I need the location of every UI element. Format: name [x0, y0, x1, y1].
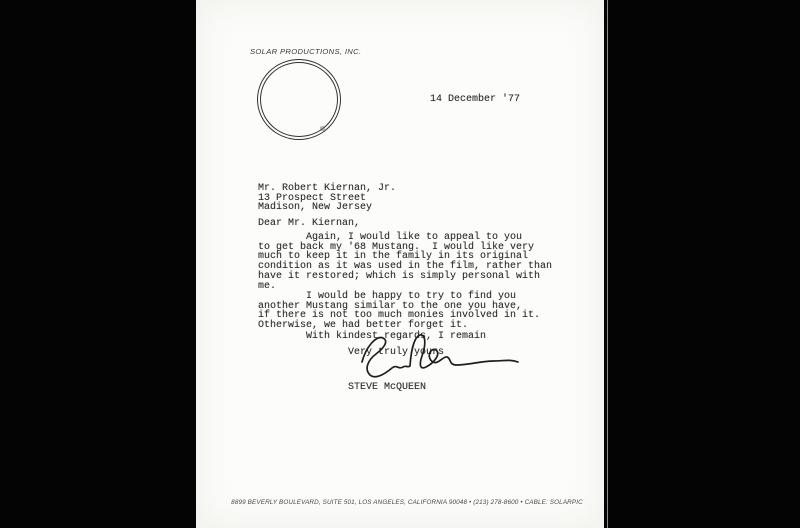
scan-background: SOLAR PRODUCTIONS, INC. ® 14 December '7…	[0, 0, 800, 528]
letter-date: 14 December '77	[430, 95, 520, 105]
letter-page: SOLAR PRODUCTIONS, INC. ® 14 December '7…	[196, 0, 604, 528]
handwritten-signature-steve-mcqueen	[346, 329, 526, 387]
salutation: Dear Mr. Kiernan,	[258, 219, 360, 229]
body-paragraph-1: Again, I would like to appeal to you to …	[258, 233, 552, 291]
typed-signature-name: STEVE McQUEEN	[258, 383, 426, 393]
body-paragraph-2: I would be happy to try to find you anot…	[258, 292, 540, 331]
letterhead-footer-address: 8899 BEVERLY BOULEVARD, SUITE 501, LOS A…	[196, 499, 604, 506]
registered-trademark-symbol: ®	[320, 126, 325, 133]
letterhead-company: SOLAR PRODUCTIONS, INC.	[250, 47, 361, 56]
solar-logo-icon	[257, 59, 341, 140]
recipient-address: Mr. Robert Kiernan, Jr. 13 Prospect Stre…	[258, 184, 396, 213]
logo-inner-ring	[260, 62, 338, 137]
